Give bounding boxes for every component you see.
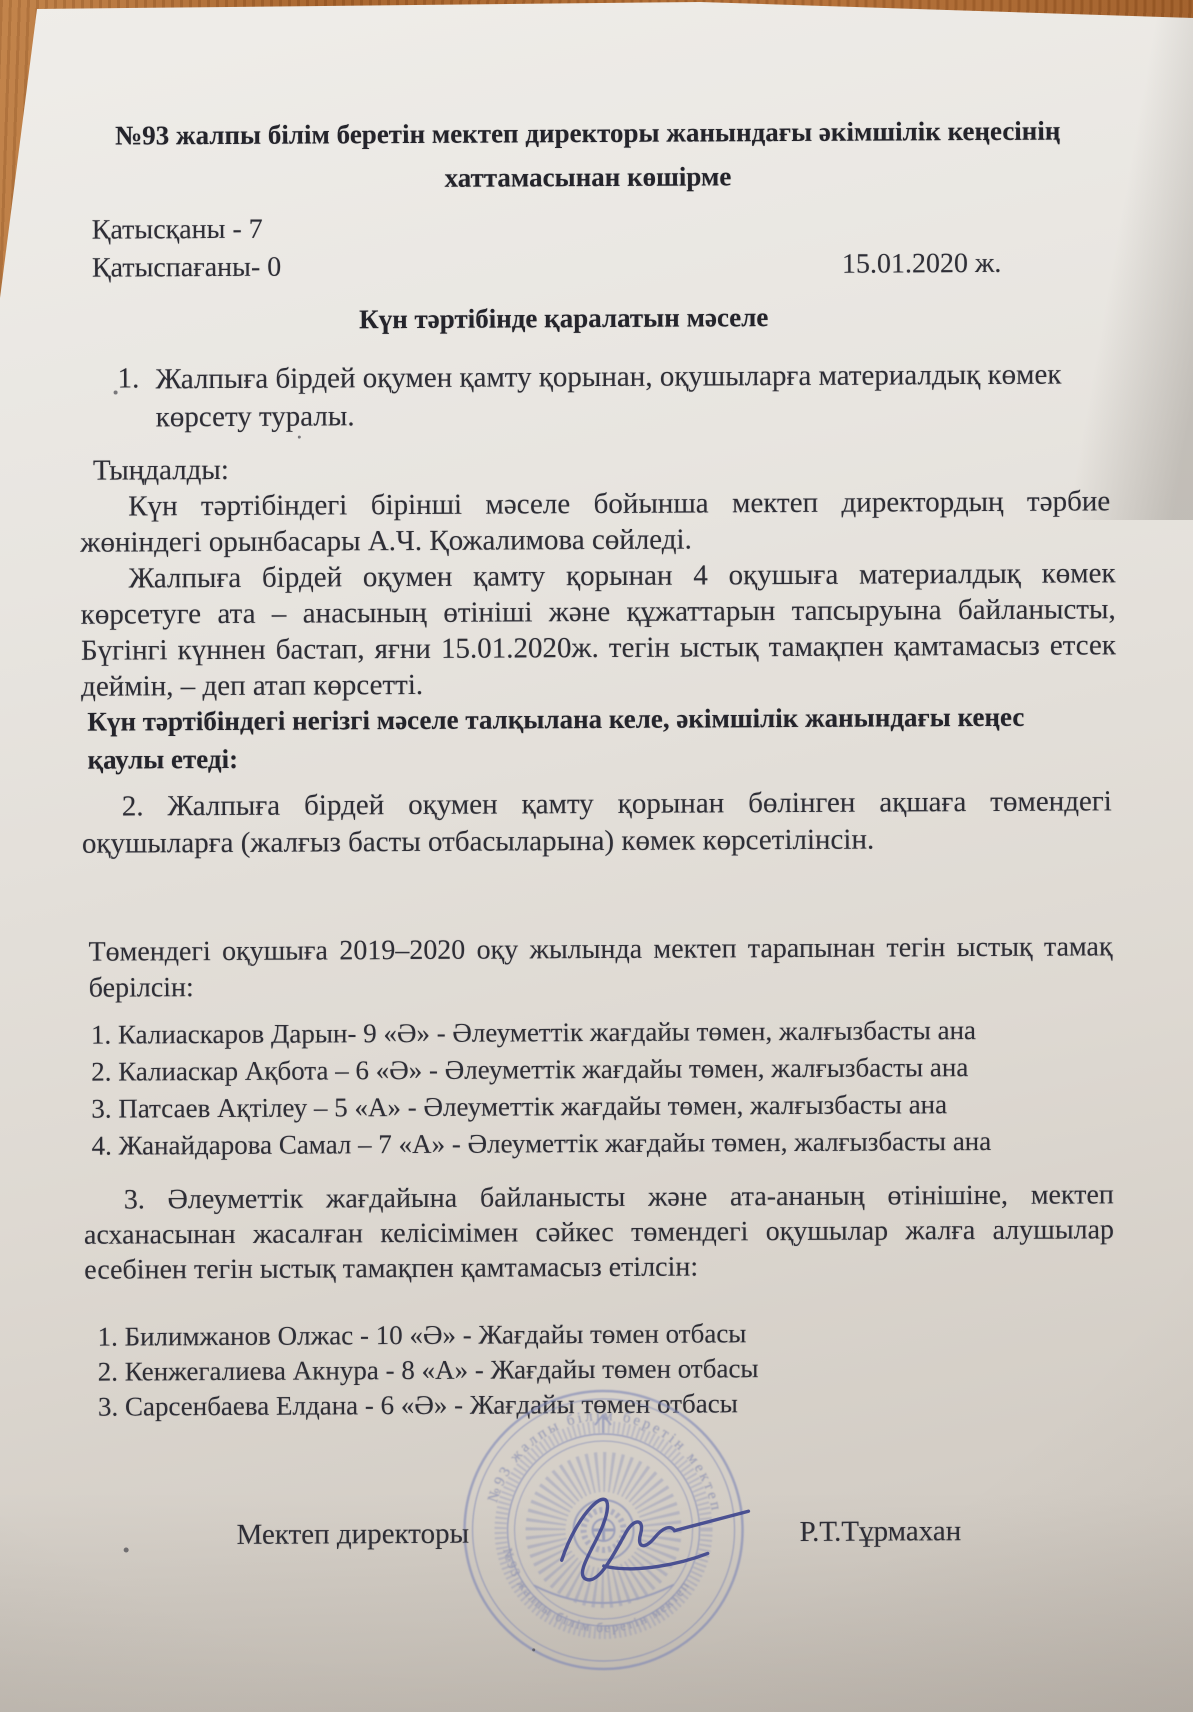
student-row: 1. Калиаскаров Дарын- 9 «Ә» - Әлеуметтік… [91,1012,976,1053]
signature-ink [543,1467,764,1598]
heard-paragraph-1: Күн тәртібіндегі бірінші мәселе бойынша … [80,483,1110,560]
document-title-line-1: №93 жалпы білім беретін мектеп директоры… [0,109,1179,157]
student-row: 4. Жанайдарова Самал – 7 «А» - Әлеуметті… [91,1123,991,1164]
signature-name: Р.Т.Тұрмахан [799,1513,961,1550]
student-row: 1. Билимжанов Олжас - 10 «Ә» - Жағдайы т… [97,1315,746,1354]
resolution-item-3: 3. Әлеуметтік жағдайына байланысты және … [84,1177,1115,1287]
resolution-heading-line-2: қаулы етеді: [87,740,238,779]
dust-speck [532,1648,535,1651]
student-row: 2. Калиаскар Ақбота – 6 «Ә» - Әлеуметтік… [91,1049,968,1090]
dust-speck [298,436,301,439]
dust-speck [114,391,118,395]
document-content: №93 жалпы білім беретін мектеп директоры… [0,0,1193,1712]
document-title-line-2: хаттамасынан көшірме [0,153,1180,201]
absent-count: Қатыспағаны- 0 [92,250,281,287]
agenda-item-text: Жалпыға бірдей оқумен қамту қорынан, оқу… [155,355,1100,436]
resolution-item-2: 2. Жалпыға бірдей оқумен қамту қорынан б… [82,783,1112,862]
student-row: 3. Патсаев Ақтілеу – 5 «А» - Әлеуметтік … [91,1086,947,1126]
attended-count: Қатысқаны - 7 [92,212,263,249]
agenda-heading: Күн тәртібінде қаралатын мәселе [0,297,1130,339]
heard-label: Тыңдалды: [93,452,229,489]
signature-role: Мектеп директоры [236,1516,469,1553]
resolution-heading-line-1: Күн тәртібіндегі негізгі мәселе талқылан… [87,698,1024,741]
heard-paragraph-2: Жалпыға бірдей оқумен қамту қорынан 4 оқ… [80,555,1116,704]
dust-speck [124,1547,129,1552]
document-photo: №93 жалпы білім беретін мектеп директоры… [0,0,1193,1712]
free-meal-intro: Төмендегі оқушыға 2019–2020 оқу жылында … [88,929,1112,1006]
agenda-item-number: 1. [117,360,139,396]
document-date: 15.01.2020 ж. [842,246,1002,283]
